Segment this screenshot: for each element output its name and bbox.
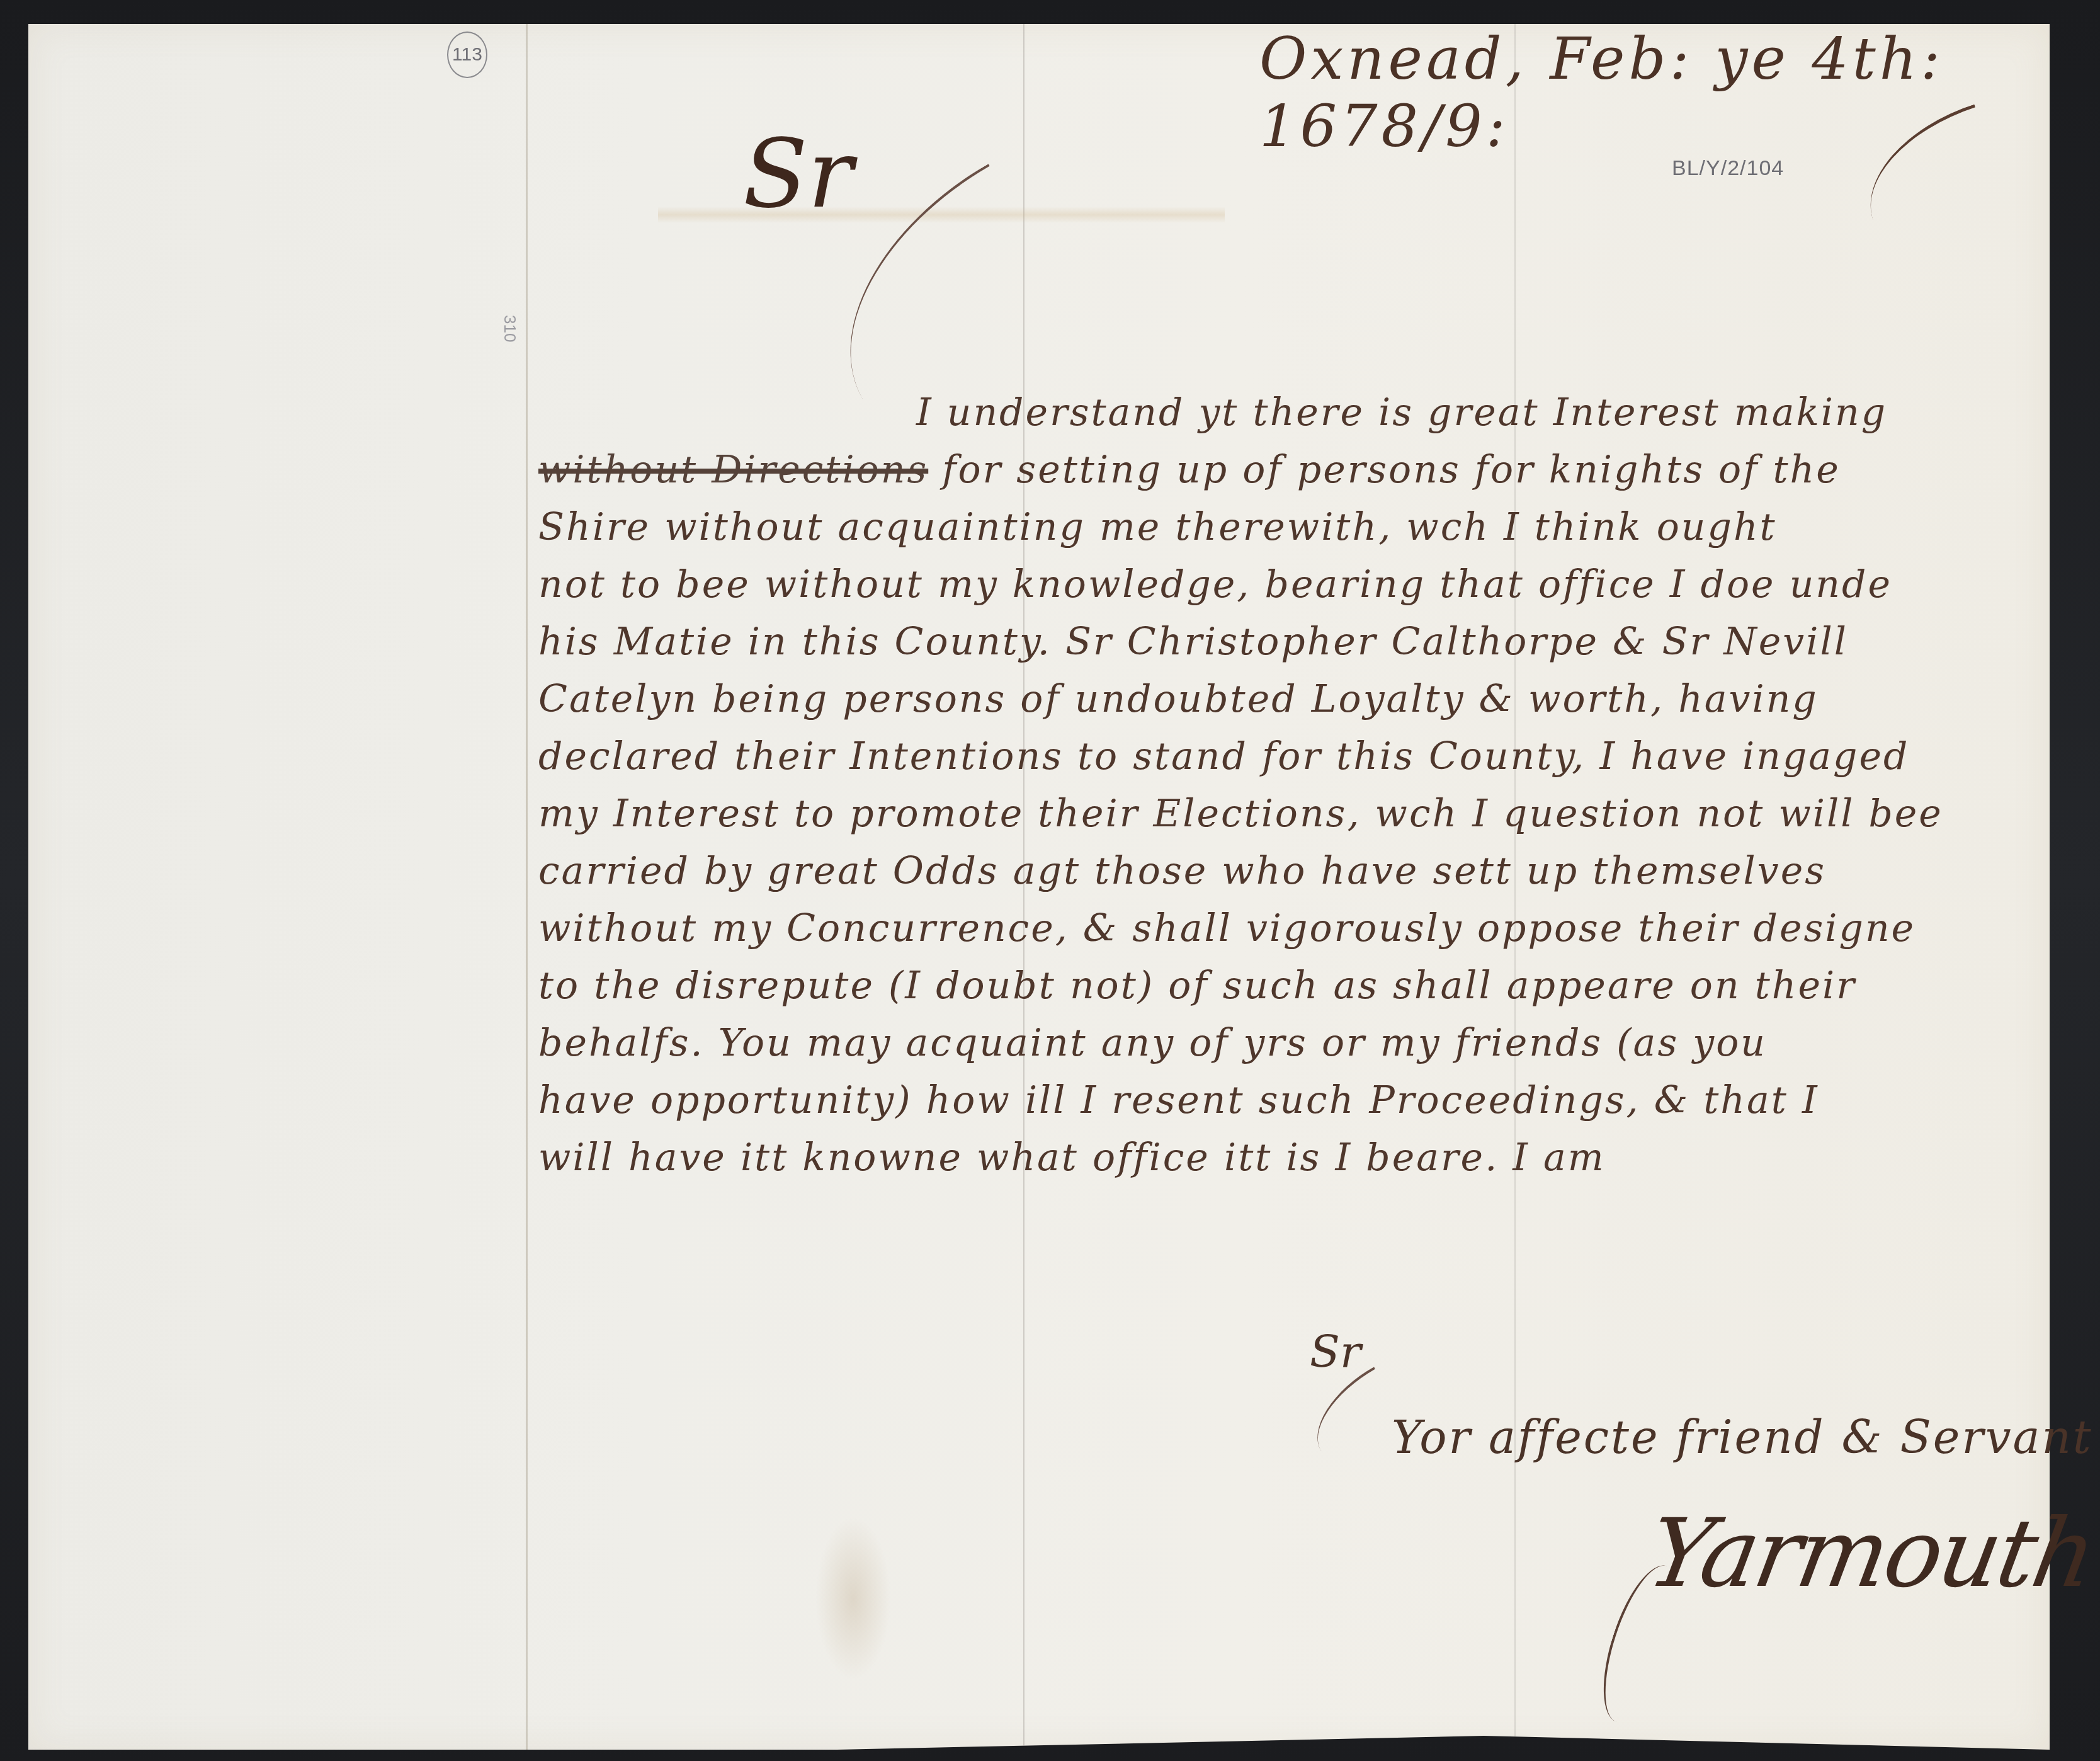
signature: Yarmouth xyxy=(1640,1499,2100,1609)
body-line: Catelyn being persons of undoubted Loyal… xyxy=(538,671,2069,728)
body-line: his Matie in this County. Sr Christopher… xyxy=(538,613,2069,671)
valediction: Yor affecte friend & Servant xyxy=(1392,1411,2093,1464)
salutation: Sr xyxy=(743,120,853,229)
body-line: to the disrepute (I doubt not) of such a… xyxy=(538,957,2069,1015)
body-line: will have itt knowne what office itt is … xyxy=(538,1129,2069,1187)
letter-body: I understand yt there is great Interest … xyxy=(538,384,2069,1187)
paper-stain xyxy=(815,1517,891,1680)
closing-salutation: Sr xyxy=(1310,1326,1361,1377)
fold-line-left xyxy=(526,24,528,1750)
pencil-side-note: 310 xyxy=(500,315,519,342)
body-line: have opportunity) how ill I resent such … xyxy=(538,1072,2069,1129)
body-line: declared their Intentions to stand for t… xyxy=(538,728,2069,785)
body-line: behalfs. You may acquaint any of yrs or … xyxy=(538,1015,2069,1072)
body-line: not to bee without my knowledge, bearing… xyxy=(538,556,2069,613)
struck-through-text: without Directions xyxy=(538,448,928,492)
folio-number: 113 xyxy=(452,44,482,66)
body-line: my Interest to promote their Elections, … xyxy=(538,785,2069,843)
body-line: without Directions for setting up of per… xyxy=(538,442,2069,499)
body-line: carried by great Odds agt those who have… xyxy=(538,843,2069,900)
body-line: without my Concurrence, & shall vigorous… xyxy=(538,900,2069,957)
body-line: I understand yt there is great Interest … xyxy=(538,384,2069,442)
folio-number-circled: 113 xyxy=(447,31,487,78)
body-line: Shire without acquainting me therewith, … xyxy=(538,499,2069,556)
